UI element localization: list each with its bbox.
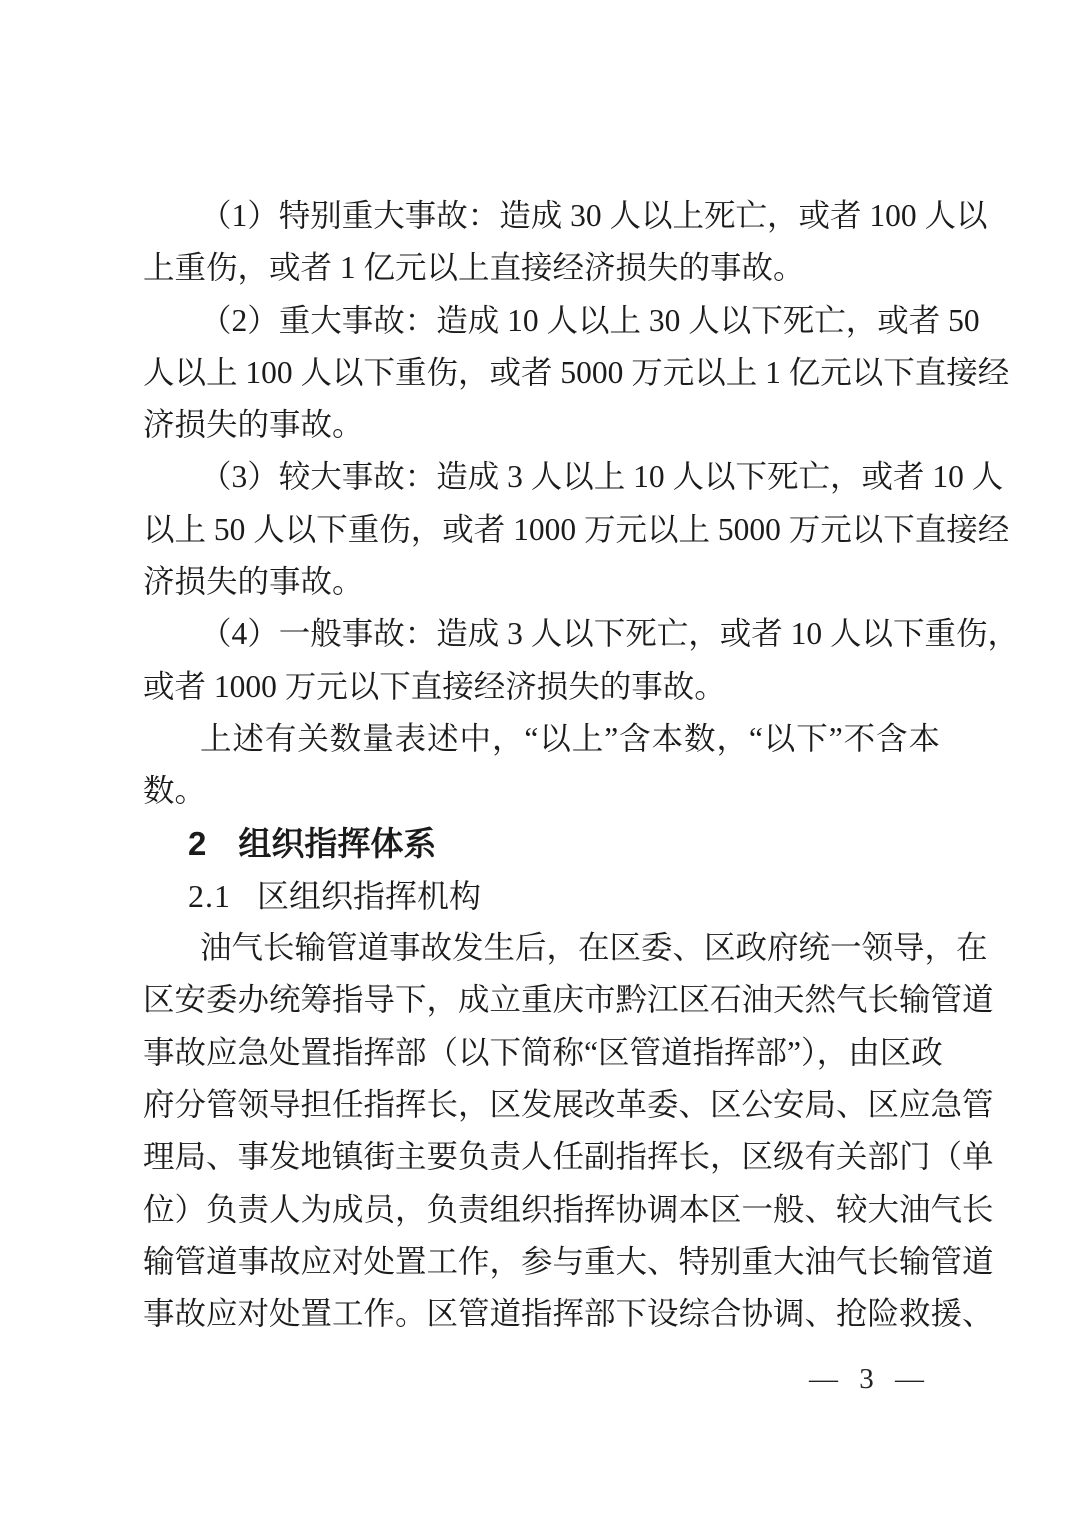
text-line: 上重伤，或者 1 亿元以上直接经济损失的事故。 <box>143 242 940 294</box>
paragraph-org-command: 油气长输管道事故发生后，在区委、区政府统一领导，在 区安委办统筹指导下，成立重庆… <box>143 922 940 1340</box>
text-line: 府分管领导担任指挥长，区发展改革委、区公安局、区应急管 <box>143 1079 940 1131</box>
paragraph-accident-level-3: （3）较大事故：造成 3 人以上 10 人以下死亡，或者 10 人 以上 50 … <box>143 451 940 608</box>
text-line: 数。 <box>143 765 940 817</box>
text-line: 人以上 100 人以下重伤，或者 5000 万元以上 1 亿元以下直接经 <box>143 347 940 399</box>
document-page: （1）特别重大事故：造成 30 人以上死亡，或者 100 人以 上重伤，或者 1… <box>0 0 1076 1520</box>
text-line: （3）较大事故：造成 3 人以上 10 人以下死亡，或者 10 人 <box>143 451 940 503</box>
text-line: 位）负责人为成员，负责组织指挥协调本区一般、较大油气长 <box>143 1184 940 1236</box>
text-line: 上述有关数量表述中，“以上”含本数，“以下”不含本 <box>143 713 940 765</box>
subsection-number: 2.1 <box>188 870 231 922</box>
text-line: 理局、事发地镇街主要负责人任副指挥长，区级有关部门（单 <box>143 1131 940 1183</box>
text-line: 区安委办统筹指导下，成立重庆市黔江区石油天然气长输管道 <box>143 974 940 1026</box>
paragraph-accident-level-4: （4）一般事故：造成 3 人以下死亡，或者 10 人以下重伤， 或者 1000 … <box>143 608 940 713</box>
paragraph-quantity-note: 上述有关数量表述中，“以上”含本数，“以下”不含本 数。 <box>143 713 940 818</box>
text-line: （4）一般事故：造成 3 人以下死亡，或者 10 人以下重伤， <box>143 608 940 660</box>
subsection-title: 区组织指挥机构 <box>257 878 481 914</box>
text-line: （1）特别重大事故：造成 30 人以上死亡，或者 100 人以 <box>143 190 940 242</box>
paragraph-accident-level-1: （1）特别重大事故：造成 30 人以上死亡，或者 100 人以 上重伤，或者 1… <box>143 190 940 295</box>
text-line: （2）重大事故：造成 10 人以上 30 人以下死亡，或者 50 <box>143 295 940 347</box>
paragraph-accident-level-2: （2）重大事故：造成 10 人以上 30 人以下死亡，或者 50 人以上 100… <box>143 295 940 452</box>
text-line: 济损失的事故。 <box>143 399 940 451</box>
section-title: 组织指挥体系 <box>238 825 436 862</box>
text-line: 油气长输管道事故发生后，在区委、区政府统一领导，在 <box>143 922 940 974</box>
text-line: 事故应对处置工作。区管道指挥部下设综合协调、抢险救援、 <box>143 1288 940 1340</box>
page-number: — 3 — <box>809 1358 924 1400</box>
subsection-heading: 2.1区组织指挥机构 <box>143 870 940 922</box>
section-number: 2 <box>188 818 206 870</box>
text-line: 或者 1000 万元以下直接经济损失的事故。 <box>143 661 940 713</box>
text-line: 事故应急处置指挥部（以下简称“区管道指挥部”），由区政 <box>143 1027 940 1079</box>
section-heading: 2组织指挥体系 <box>143 818 940 870</box>
text-line: 济损失的事故。 <box>143 556 940 608</box>
page-body: （1）特别重大事故：造成 30 人以上死亡，或者 100 人以 上重伤，或者 1… <box>143 190 940 1341</box>
text-line: 以上 50 人以下重伤，或者 1000 万元以上 5000 万元以下直接经 <box>143 504 940 556</box>
text-line: 输管道事故应对处置工作，参与重大、特别重大油气长输管道 <box>143 1236 940 1288</box>
